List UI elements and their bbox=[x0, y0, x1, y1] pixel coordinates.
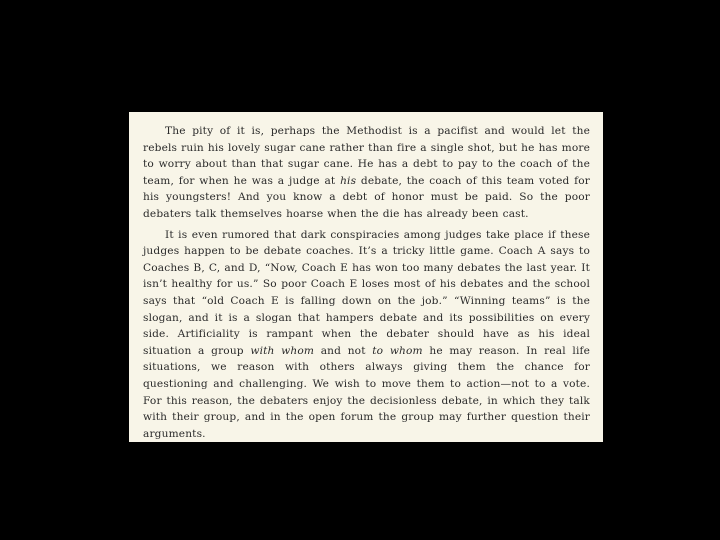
paragraph-2-italic-to-whom: to whom bbox=[372, 345, 423, 357]
scanned-page: The pity of it is, perhaps the Methodist… bbox=[129, 112, 603, 442]
paragraph-1: The pity of it is, perhaps the Methodist… bbox=[143, 123, 590, 223]
paragraph-1-italic-his: his bbox=[340, 175, 356, 187]
paragraph-2-text-cont: he may reason. In real life situations, … bbox=[143, 345, 590, 440]
paragraph-2: It is even rumored that dark conspiracie… bbox=[143, 227, 590, 443]
paragraph-2-text-and-not: and not bbox=[314, 345, 372, 357]
paragraph-2-text: It is even rumored that dark conspiracie… bbox=[143, 229, 590, 357]
paragraph-2-italic-with-whom: with whom bbox=[250, 345, 314, 357]
